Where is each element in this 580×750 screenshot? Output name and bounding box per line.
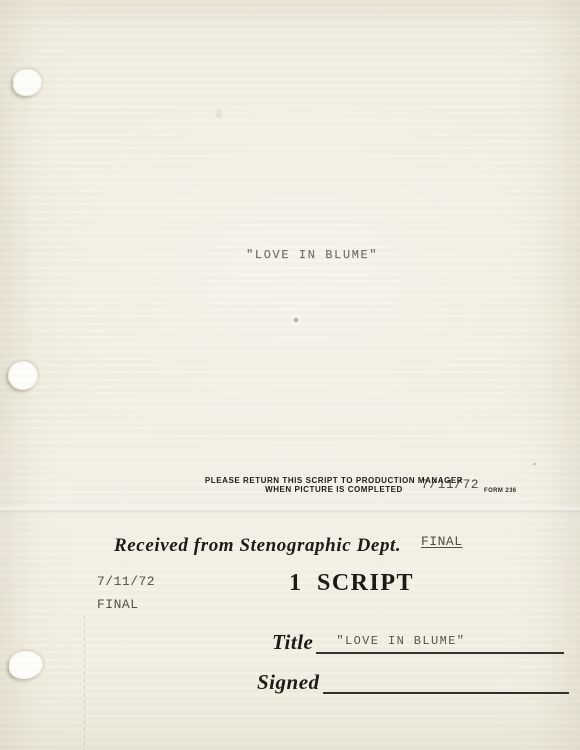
title-field-label: Title [272,632,313,654]
paper-top-edge-crease [0,16,580,18]
return-notice: PLEASE RETURN THIS SCRIPT TO PRODUCTION … [178,477,490,494]
receipt-heading: Received from Stenographic Dept. [114,535,401,557]
title-field-value: "LOVE IN BLUME" [336,634,465,648]
signed-field: Signed [257,670,569,694]
vertical-crease [84,616,85,750]
smudge-mark [533,463,536,465]
receipt-quantity: 1 SCRIPT [289,570,414,597]
smudge-mark [216,110,222,118]
script-title: "LOVE IN BLUME" [246,248,378,262]
form-number: FORM 236 [484,488,517,494]
fold-seam [0,506,580,514]
receipt-date: 7/11/72 [97,574,155,589]
scanned-script-cover-page: "LOVE IN BLUME" 7/11/72 FINAL PLEASE RET… [0,0,580,750]
signed-field-label: Signed [257,672,320,694]
signed-field-line [323,674,569,694]
hole-punch-top [13,69,42,96]
receipt-status: FINAL [97,597,139,612]
title-field-line: "LOVE IN BLUME" [316,634,564,654]
return-notice-line2: WHEN PICTURE IS COMPLETED [178,486,490,495]
hole-punch-middle [8,361,38,390]
hole-punch-bottom [9,651,43,679]
revision-status: FINAL [421,532,479,551]
smudge-mark [294,318,298,322]
title-field: Title "LOVE IN BLUME" [272,630,564,654]
